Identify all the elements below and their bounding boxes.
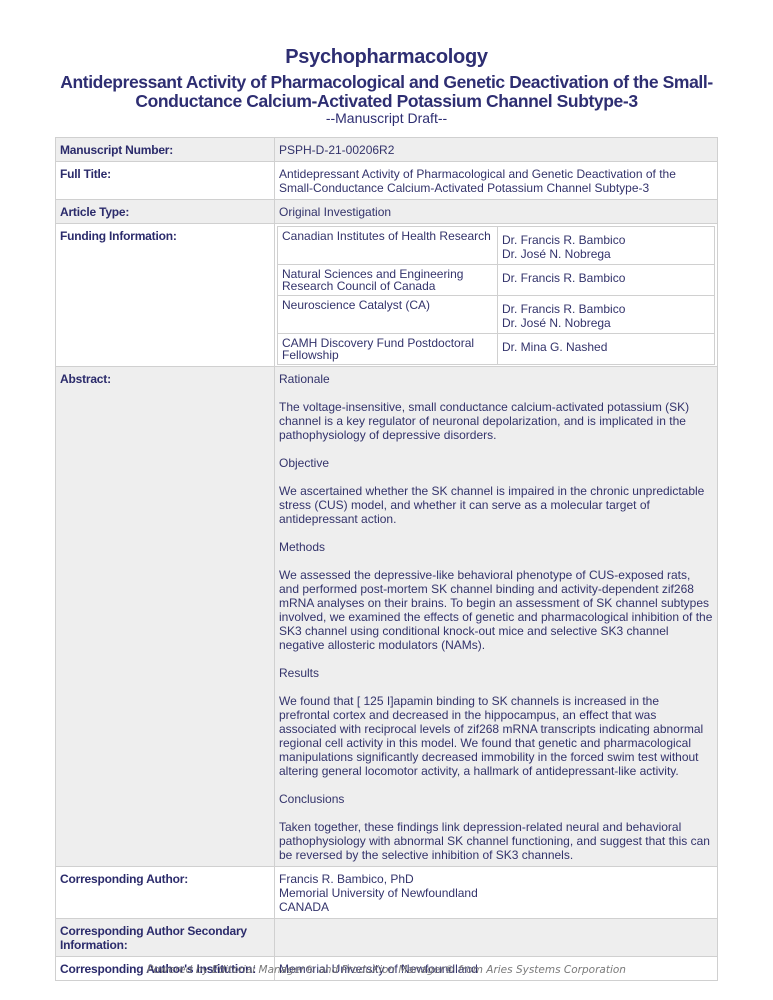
abstract-heading-objective: Objective — [279, 456, 713, 470]
row-article-type: Article Type: Original Investigation — [56, 200, 718, 224]
article-type-value: Original Investigation — [275, 200, 718, 224]
funding-recipient: Dr. José N. Nobrega — [502, 247, 710, 261]
corresponding-author-value: Francis R. Bambico, PhD Memorial Univers… — [275, 867, 718, 919]
funding-recipient: Dr. Francis R. Bambico — [502, 233, 710, 247]
corresponding-author-secondary-value — [275, 919, 718, 957]
funding-recipients: Dr. Mina G. Nashed — [498, 334, 715, 365]
funding-row: Natural Sciences and Engineering Researc… — [278, 265, 715, 296]
journal-title: Psychopharmacology — [0, 44, 773, 70]
funding-agency: Neuroscience Catalyst (CA) — [278, 296, 498, 334]
row-corresponding-author: Corresponding Author: Francis R. Bambico… — [56, 867, 718, 919]
abstract-label: Abstract: — [56, 367, 275, 867]
funding-recipients: Dr. Francis R. Bambico Dr. José N. Nobre… — [498, 296, 715, 334]
abstract-heading-conclusions: Conclusions — [279, 792, 713, 806]
funding-recipient: Dr. Mina G. Nashed — [502, 340, 710, 354]
abstract-heading-results: Results — [279, 666, 713, 680]
funding-recipient: Dr. Francis R. Bambico — [502, 271, 710, 285]
manuscript-title-line-2: Conductance Calcium-Activated Potassium … — [0, 92, 773, 111]
manuscript-number-label: Manuscript Number: — [56, 138, 275, 162]
manuscript-info-table: Manuscript Number: PSPH-D-21-00206R2 Ful… — [55, 137, 718, 981]
corresponding-author-country: CANADA — [279, 900, 713, 914]
row-manuscript-number: Manuscript Number: PSPH-D-21-00206R2 — [56, 138, 718, 162]
funding-recipients: Dr. Francis R. Bambico Dr. José N. Nobre… — [498, 227, 715, 265]
row-full-title: Full Title: Antidepressant Activity of P… — [56, 162, 718, 200]
abstract-heading-methods: Methods — [279, 540, 713, 554]
funding-recipients: Dr. Francis R. Bambico — [498, 265, 715, 296]
draft-label: --Manuscript Draft-- — [0, 111, 773, 126]
corresponding-author-affiliation: Memorial University of Newfoundland — [279, 886, 713, 900]
row-funding-information: Funding Information: Canadian Institutes… — [56, 224, 718, 367]
funding-information-value: Canadian Institutes of Health Research D… — [275, 224, 718, 367]
abstract-body-objective: We ascertained whether the SK channel is… — [279, 484, 713, 526]
abstract-heading-rationale: Rationale — [279, 372, 713, 386]
abstract-body-rationale: The voltage-insensitive, small conductan… — [279, 400, 713, 442]
abstract-body-methods: We assessed the depressive-like behavior… — [279, 568, 713, 652]
funding-recipient: Dr. Francis R. Bambico — [502, 302, 710, 316]
corresponding-author-name: Francis R. Bambico, PhD — [279, 872, 713, 886]
manuscript-number-value: PSPH-D-21-00206R2 — [275, 138, 718, 162]
funding-row: CAMH Discovery Fund Postdoctoral Fellows… — [278, 334, 715, 365]
full-title-label: Full Title: — [56, 162, 275, 200]
funding-row: Canadian Institutes of Health Research D… — [278, 227, 715, 265]
funding-row: Neuroscience Catalyst (CA) Dr. Francis R… — [278, 296, 715, 334]
abstract-value: Rationale The voltage-insensitive, small… — [275, 367, 718, 867]
funding-agency: CAMH Discovery Fund Postdoctoral Fellows… — [278, 334, 498, 365]
funding-information-label: Funding Information: — [56, 224, 275, 367]
manuscript-title: Antidepressant Activity of Pharmacologic… — [0, 73, 773, 111]
row-corresponding-author-secondary: Corresponding Author Secondary Informati… — [56, 919, 718, 957]
manuscript-title-line-1: Antidepressant Activity of Pharmacologic… — [0, 73, 773, 92]
article-type-label: Article Type: — [56, 200, 275, 224]
funding-recipient: Dr. José N. Nobrega — [502, 316, 710, 330]
document-header: Psychopharmacology Antidepressant Activi… — [0, 44, 773, 126]
corresponding-author-label: Corresponding Author: — [56, 867, 275, 919]
row-abstract: Abstract: Rationale The voltage-insensit… — [56, 367, 718, 867]
funding-agency: Canadian Institutes of Health Research — [278, 227, 498, 265]
abstract-body-conclusions: Taken together, these findings link depr… — [279, 820, 713, 862]
powered-by-footer: Powered by Editorial Manager® and ProduX… — [0, 964, 773, 976]
funding-table: Canadian Institutes of Health Research D… — [277, 226, 715, 365]
full-title-value: Antidepressant Activity of Pharmacologic… — [275, 162, 718, 200]
abstract-body-results: We found that [ 125 I]apamin binding to … — [279, 694, 713, 778]
funding-agency: Natural Sciences and Engineering Researc… — [278, 265, 498, 296]
corresponding-author-secondary-label: Corresponding Author Secondary Informati… — [56, 919, 275, 957]
